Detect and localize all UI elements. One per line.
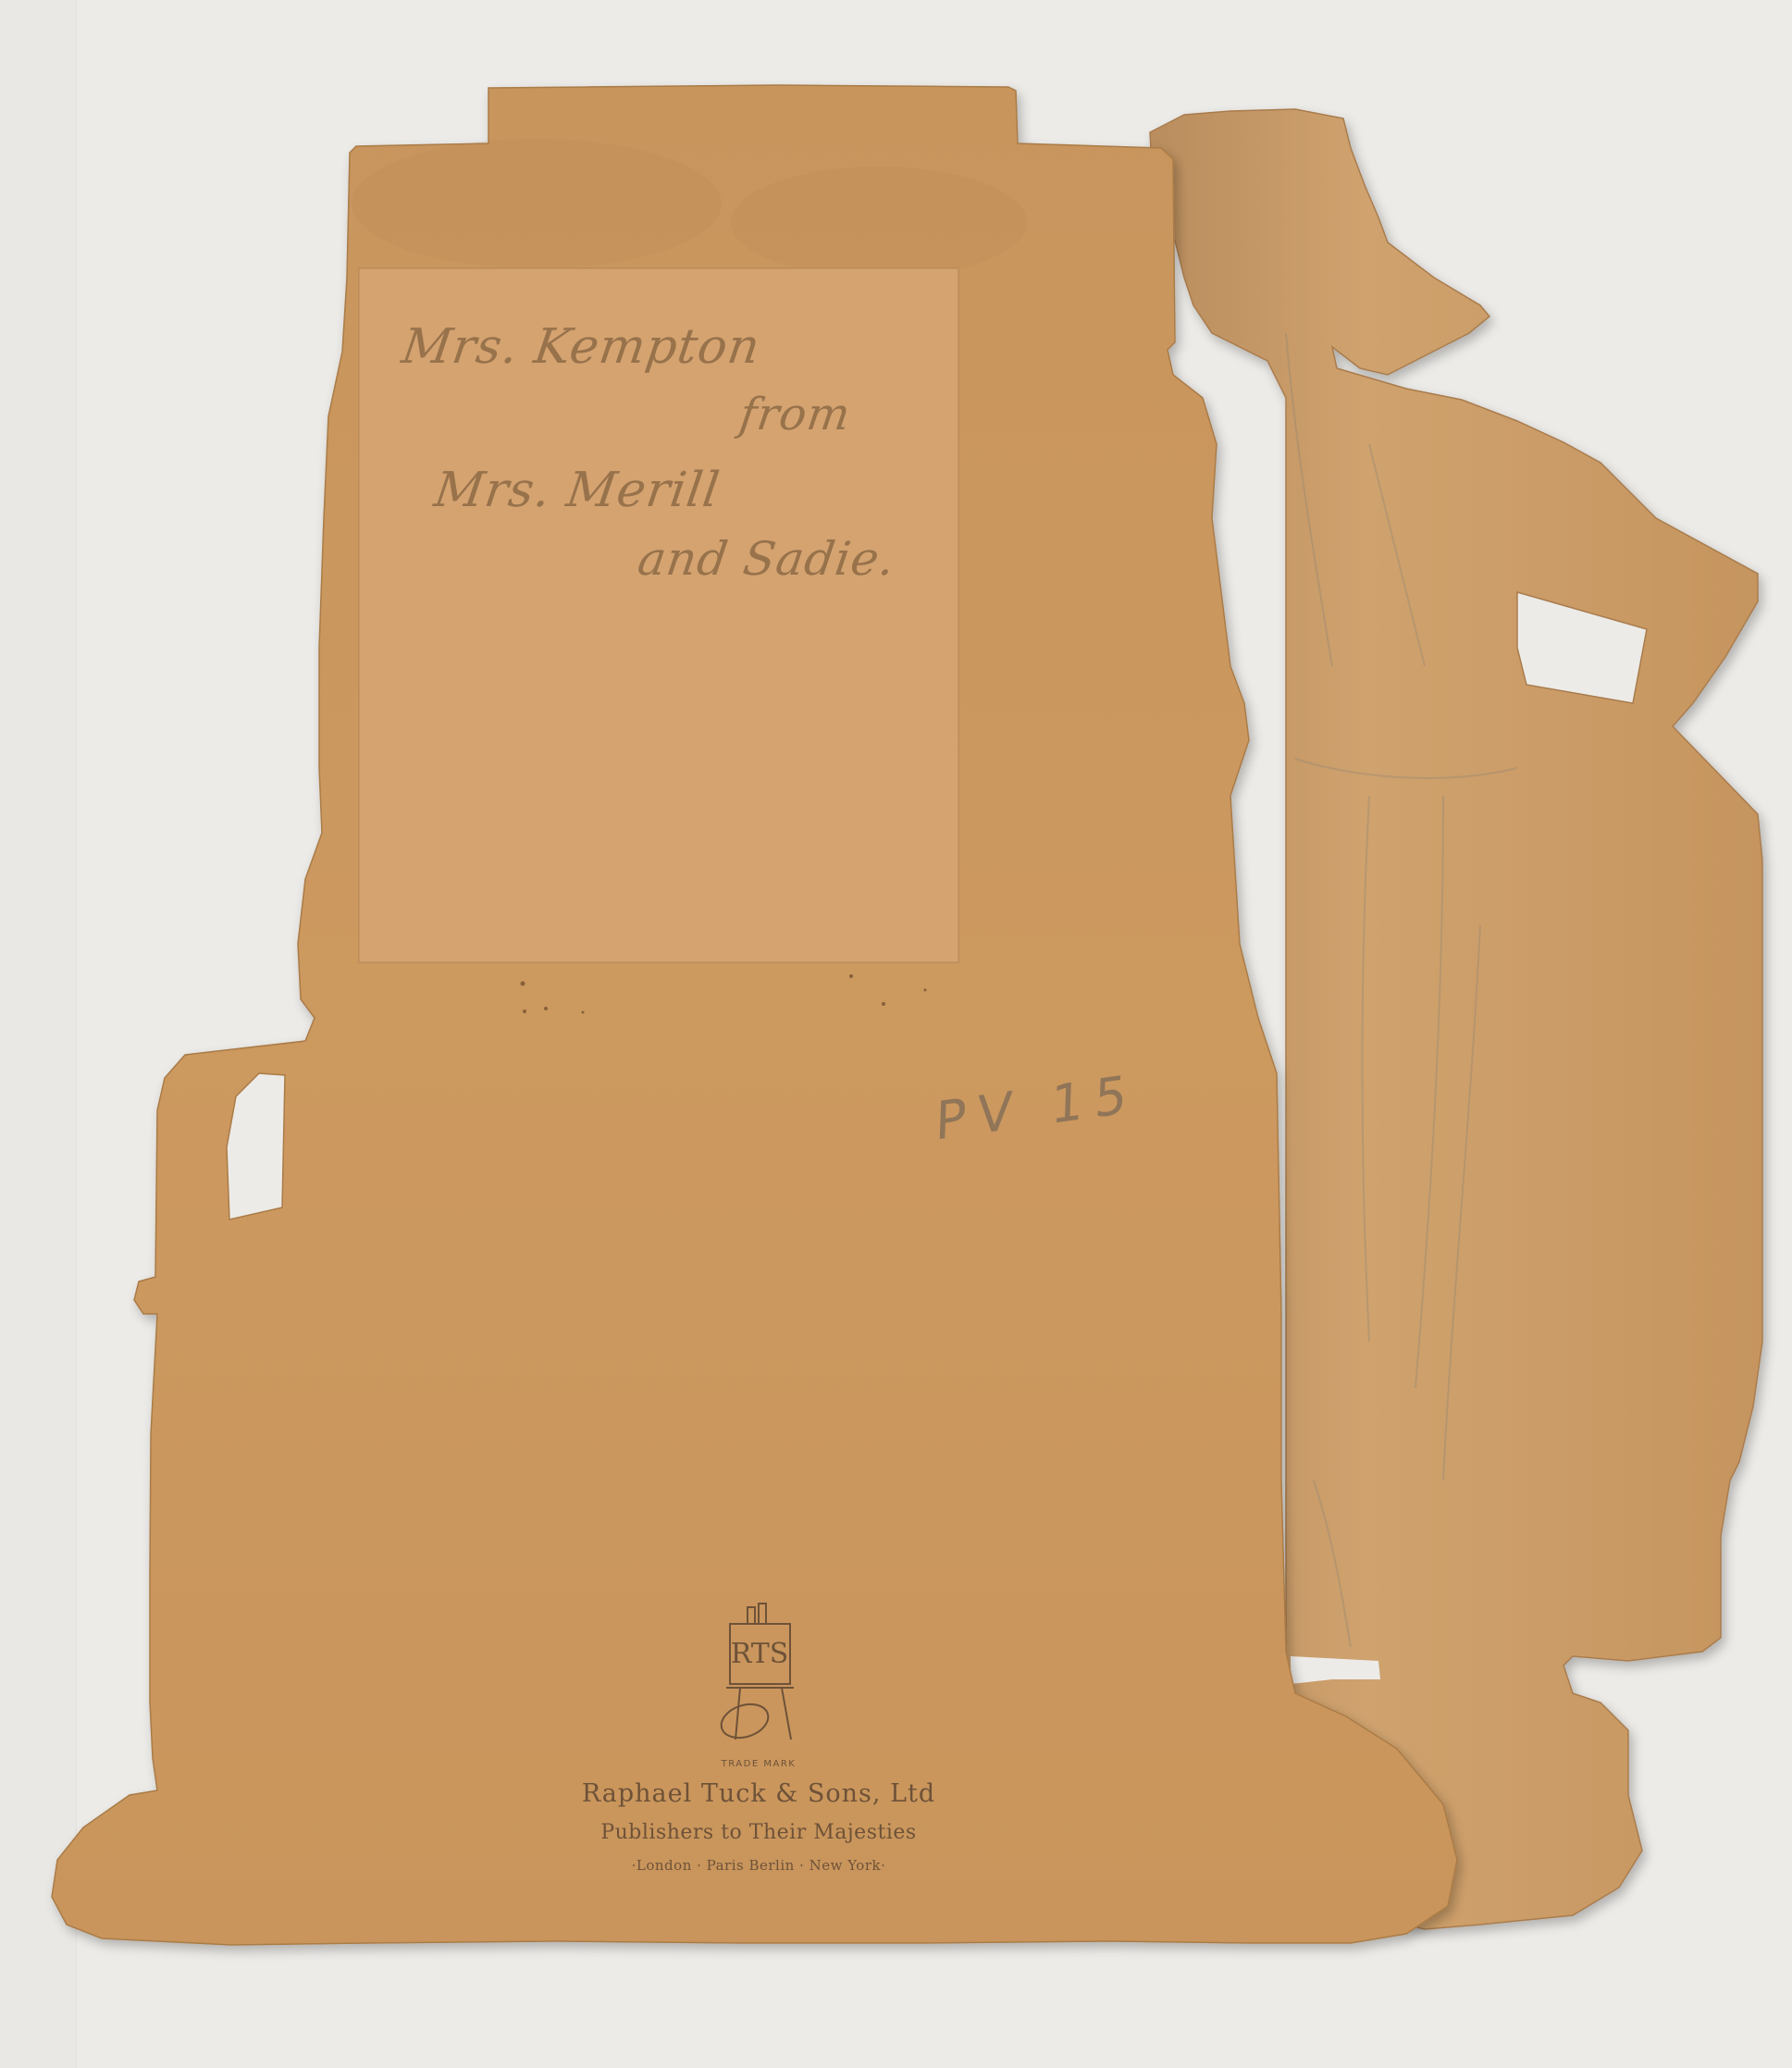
svg-text:RTS: RTS [731, 1638, 789, 1670]
publisher-cities: ·London · Paris Berlin · New York· [518, 1857, 999, 1874]
inscription-recipient: Mrs. Kempton [399, 319, 764, 375]
inscription-sender: Mrs. Merill [431, 463, 723, 518]
inscription-from: from [736, 389, 854, 440]
inscription-sender-2: and Sadie. [635, 532, 899, 586]
publisher-name: Raphael Tuck & Sons, Ltd [518, 1779, 999, 1808]
card-photograph: RTS [0, 0, 1792, 2068]
publisher-tagline: Publishers to Their Majesties [518, 1821, 999, 1844]
trade-mark-label: TRADE MARK [518, 1759, 999, 1769]
